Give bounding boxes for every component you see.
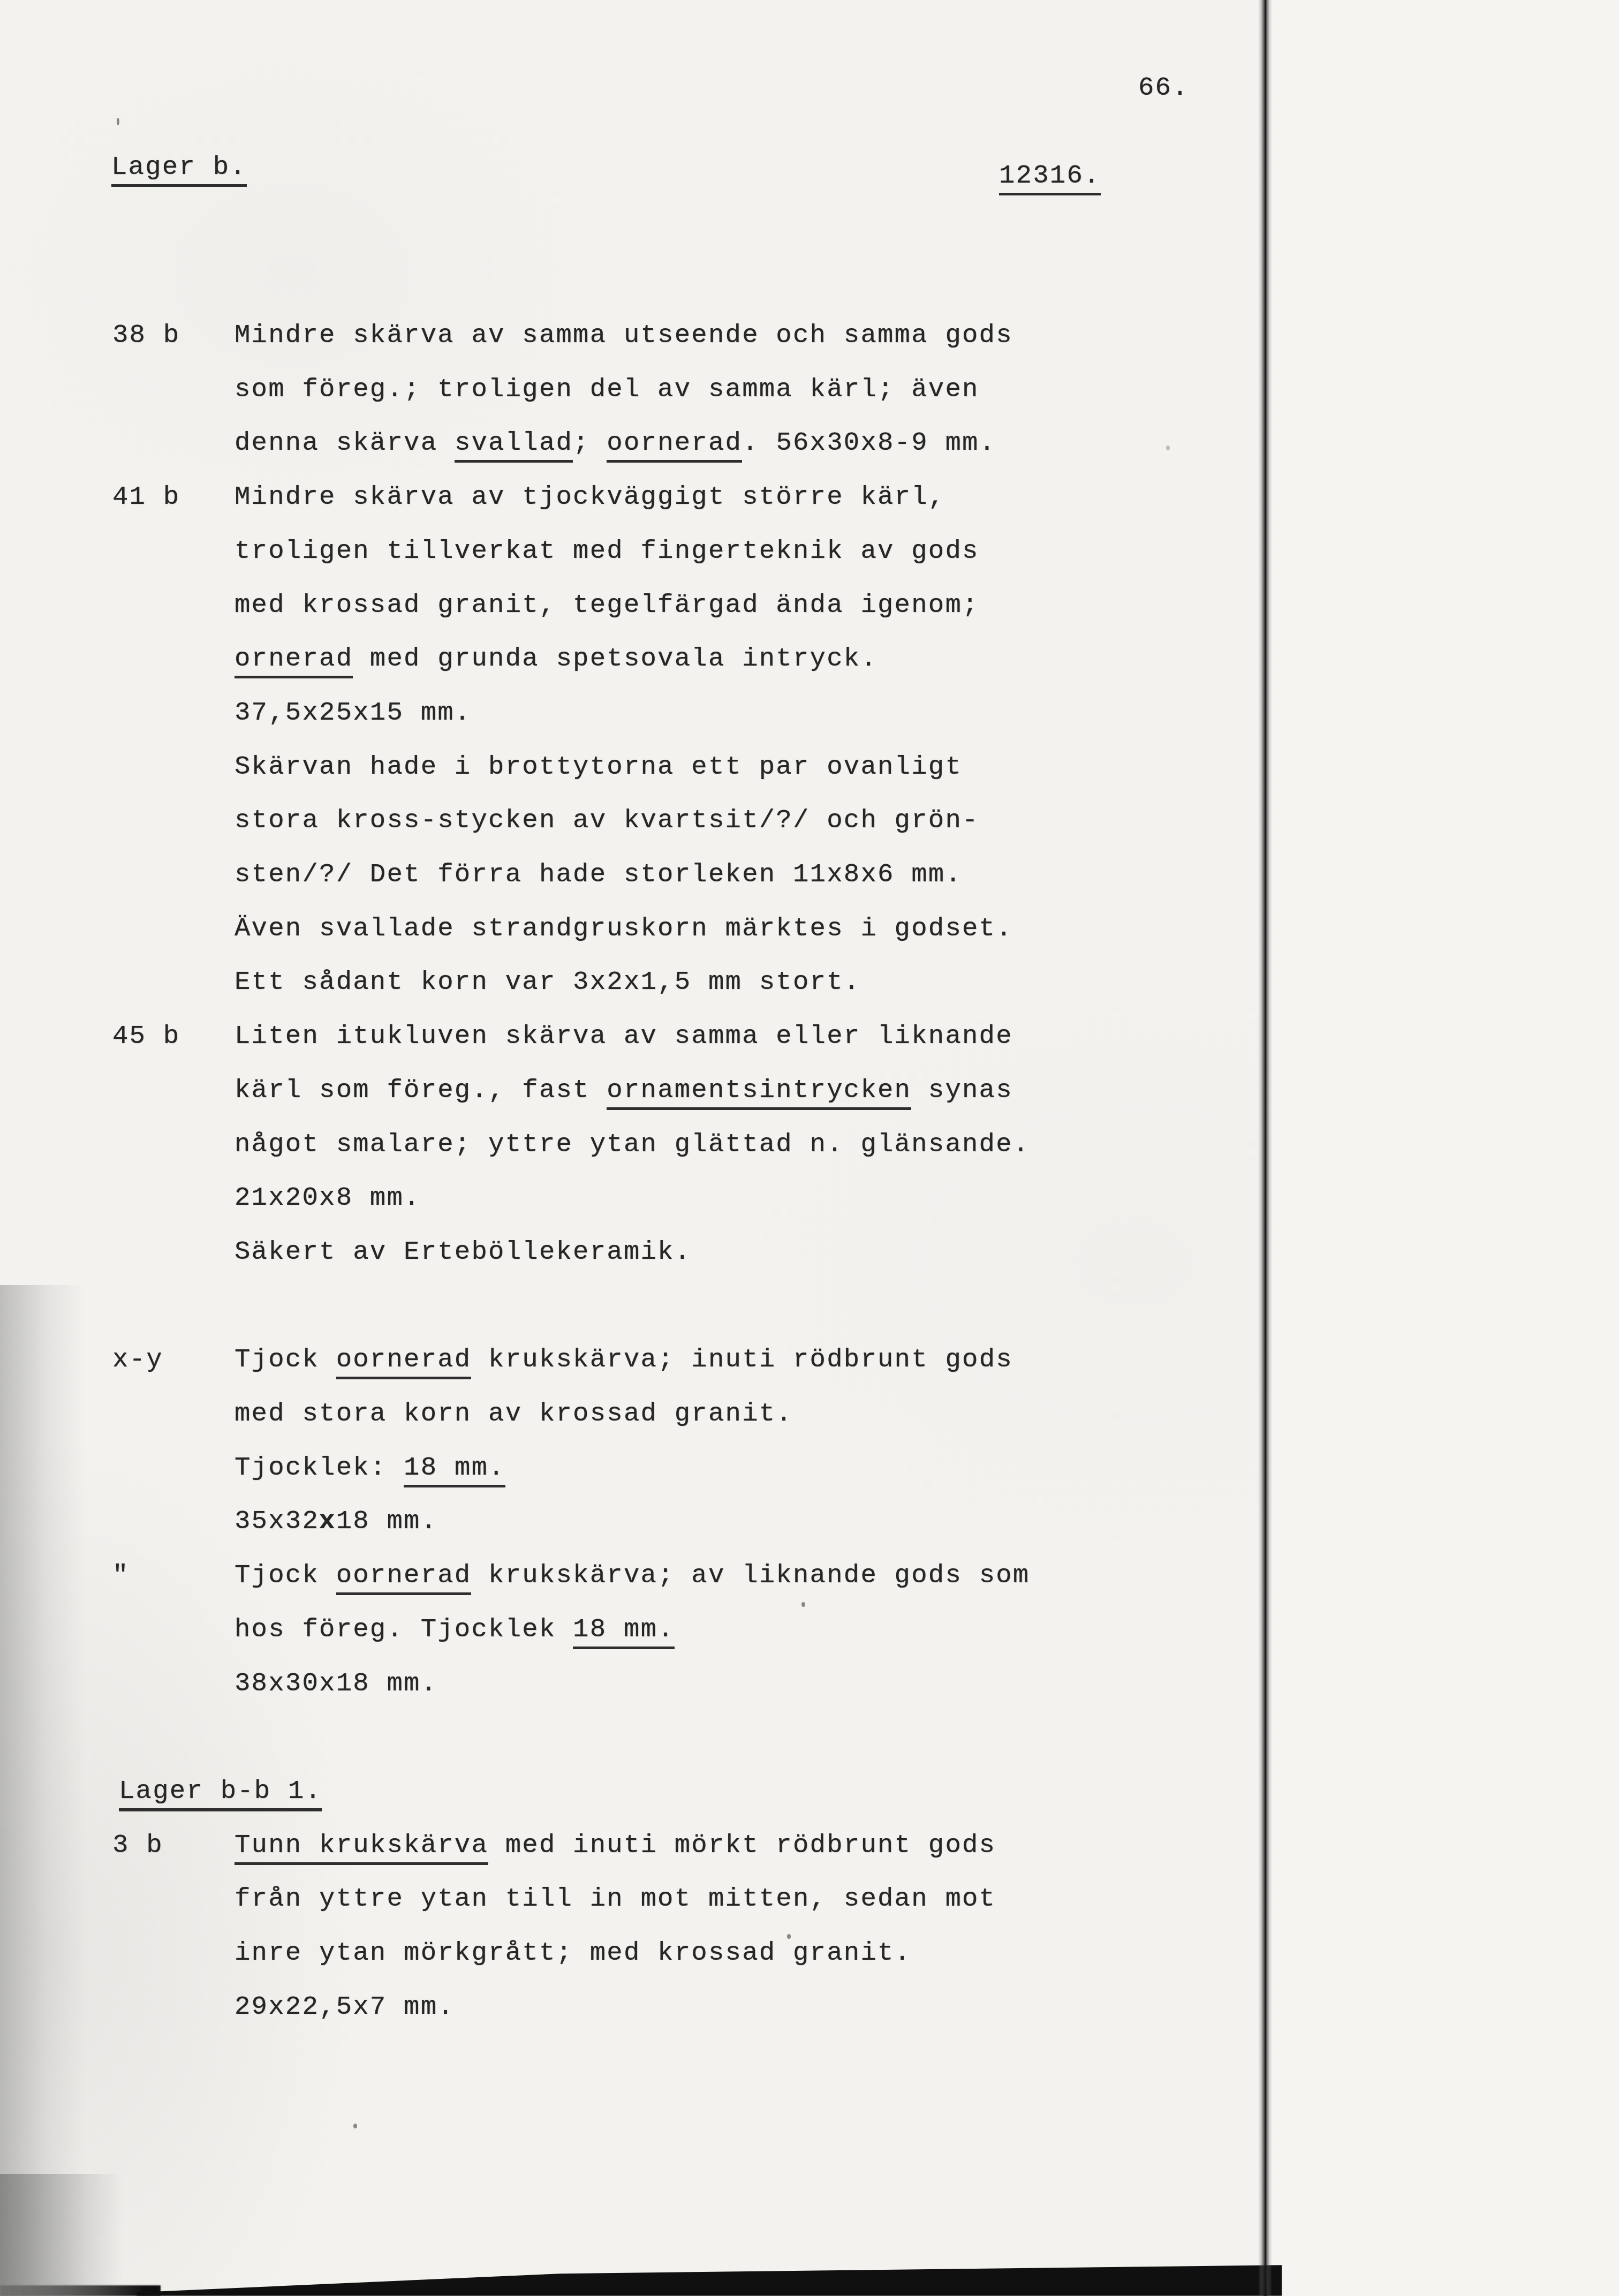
entry-line: med krossad granit, tegelfärgad ända ige… [234, 590, 979, 621]
record-number-text: 12316. [999, 161, 1101, 195]
entry-line: Mindre skärva av tjockväggigt större kär… [234, 482, 945, 513]
entry-line: som föreg.; troligen del av samma kärl; … [234, 374, 979, 405]
record-number: 12316. [999, 161, 1101, 192]
entry-label: " [112, 1560, 130, 1591]
scanned-document-page: 66. 12316. Lager b. 38 bMindre skärva av… [0, 0, 1619, 2296]
paper-speck [801, 1602, 805, 1607]
entry-line: troligen tillverkat med fingerteknik av … [234, 536, 979, 567]
entry-line: med stora korn av krossad granit. [234, 1399, 793, 1430]
paper-speck [353, 2124, 357, 2128]
scan-right-margin [1272, 0, 1619, 2296]
entry-line: Tjock oornerad krukskärva; av liknande g… [234, 1560, 1030, 1591]
entry-line: stora kross-stycken av kvartsit/?/ och g… [234, 805, 979, 836]
entry-line: Mindre skärva av samma utseende och samm… [234, 320, 1013, 351]
entry-label: x-y [112, 1345, 163, 1376]
entry-line: Tunn krukskärva med inuti mörkt rödbrunt… [234, 1830, 996, 1861]
entry-line: 29x22,5x7 mm. [234, 1992, 455, 2023]
entry-line: 38x30x18 mm. [234, 1668, 437, 1700]
entry-line: Även svallade strandgruskorn märktes i g… [234, 913, 1013, 945]
entry-line: ornerad med grunda spetsovala intryck. [234, 644, 877, 675]
paper-speck [1166, 445, 1170, 450]
paper-speck [117, 118, 119, 125]
entry-line: denna skärva svallad; oornerad. 56x30x8-… [234, 428, 996, 459]
entry-line: sten/?/ Det förra hade storleken 11x8x6 … [234, 859, 962, 890]
entry-line: inre ytan mörkgrått; med krossad granit. [234, 1938, 911, 1969]
entry-line: Tjock oornerad krukskärva; inuti rödbrun… [234, 1345, 1013, 1376]
entry-line: från yttre ytan till in mot mitten, seda… [234, 1884, 996, 1915]
page-edge-line [1258, 0, 1272, 2296]
section-heading: Lager b. [111, 152, 247, 183]
scan-left-shadow [0, 1285, 86, 2296]
entry-label: 41 b [112, 482, 180, 513]
page-number: 66. [1138, 73, 1189, 104]
section-heading-text: Lager b. [111, 152, 247, 187]
entry-line: Liten itukluven skärva av samma eller li… [234, 1021, 1013, 1052]
scan-left-shadow-bottom [0, 2174, 123, 2296]
scan-black-band-tail [0, 2285, 161, 2296]
entry-line: Skärvan hade i brottytorna ett par ovanl… [234, 752, 962, 783]
entry-label: 38 b [112, 320, 180, 351]
subsection-heading: Lager b-b 1. [119, 1776, 322, 1807]
scan-black-band [137, 2255, 1282, 2296]
entry-line: 21x20x8 mm. [234, 1183, 421, 1214]
entry-line: hos föreg. Tjocklek 18 mm. [234, 1614, 675, 1645]
entry-line: Säkert av Erteböllekeramik. [234, 1237, 691, 1268]
paper-speck [787, 1934, 791, 1939]
entry-line: Ett sådant korn var 3x2x1,5 mm stort. [234, 967, 860, 998]
entry-line: kärl som föreg., fast ornamentsintrycken… [234, 1075, 1013, 1106]
entry-label: 45 b [112, 1021, 180, 1052]
entry-line: 37,5x25x15 mm. [234, 698, 471, 729]
entry-label: 3 b [112, 1830, 163, 1861]
entry-line: något smalare; yttre ytan glättad n. glä… [234, 1129, 1030, 1160]
entry-line: 35x32x18 mm. [234, 1506, 437, 1537]
entry-line: Tjocklek: 18 mm. [234, 1453, 505, 1484]
